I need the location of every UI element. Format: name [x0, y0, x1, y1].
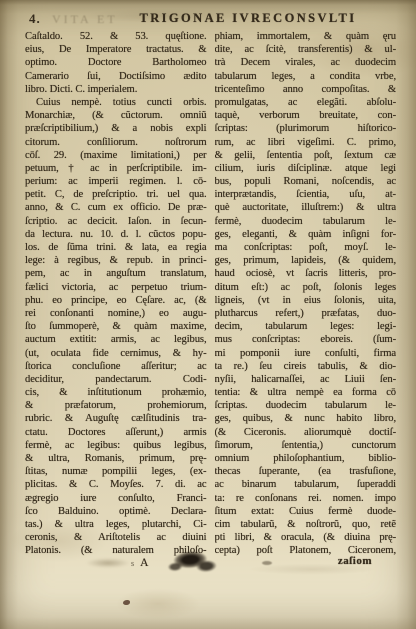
text-line: Cuius nempè. totius cuncti orbis. [25, 96, 207, 109]
text-line: ceronis, & Ariſtotelis ac diuini [25, 531, 207, 544]
text-line: rum, ac libri vigeſimi. C. primo, [215, 136, 397, 149]
text-line: ligneis, (vt in eius ſolonis, uita, [215, 294, 397, 307]
text-line: & præfatorum, prohemiorum, [25, 399, 207, 412]
text-line: (& Ciceronis. aliorumquè doctiſ- [215, 426, 397, 439]
text-line: Caſtaldo. 52. & 53. quęſtione. [25, 30, 207, 43]
right-column: phiam, immortalem, & quàm ęrudite, ac ſc… [215, 30, 397, 558]
text-line: phu. eo principe, eo Cęſare. ac, (& [25, 294, 207, 307]
signature-mark: sA [131, 557, 148, 569]
text-line: cis, & inſtitutionum prohæmio, [25, 386, 207, 399]
text-line: perium: ac imperii regimen. l. cō- [25, 175, 207, 188]
text-line: cim tabularũ, & noſtrorũ, quo, retẽ [215, 518, 397, 531]
text-line: fermè, duodecim tabularum le- [215, 215, 397, 228]
text-line: rei conſonanti nomine,) eo augu- [25, 307, 207, 320]
ink-speck [123, 600, 130, 605]
text-line: ac binarum tabularum, ſuperaddi [215, 478, 397, 491]
text-line: plicitas. & C. Moyſes. 7. di. ac [25, 478, 207, 491]
running-header: 4. VITA ET TRIGONAE IVRECONSVLTI [0, 11, 416, 26]
text-line: ſcriptas. duodecim tabularum le- [215, 399, 397, 412]
text-line: ta re.) ſeu cireis tabulis, & dio- [215, 360, 397, 373]
text-line: tricenteſimo anno compoſitas. & [215, 83, 397, 96]
text-line: trà Decem virales, ac duodecim [215, 56, 397, 69]
text-line: què auctoritate, illuſtrem:) & ultra [215, 201, 397, 214]
text-line: pem, ac in anguſtum translatum, [25, 267, 207, 280]
text-line: Platonis. (& naturalem philoſo- [25, 544, 207, 557]
text-line: interprætandis, ſcientia, uſu, at- [215, 188, 397, 201]
text-line: ta: re conſonans rei. nomen. impo [215, 492, 397, 505]
text-line: ges, eleganti, & quàm inſigni for- [215, 228, 397, 241]
text-line: tas.) & ultra leges, plutarchi, Ci- [25, 518, 207, 531]
header-title: TRIGONAE IVRECONSVLTI [108, 11, 388, 26]
text-line: fælici victoria, ac perpetuo trium- [25, 281, 207, 294]
text-line: decim, tabularum leges: legi- [215, 320, 397, 333]
text-line: cōſ. 29. (maxime limitationi,) per [25, 149, 207, 162]
text-line: lege: à regibus, & repub. in princi- [25, 254, 207, 267]
text-line: petit. C, de preſcriptio. tri. uel qua. [25, 188, 207, 201]
text-line: los. de ſũma trini. & lata, ea regia [25, 241, 207, 254]
text-line: ſto ſummoperè, & quàm maxime, [25, 320, 207, 333]
text-line: ſtitas, numæ pompilii leges, (ex- [25, 465, 207, 478]
text-line: optimo. Doctore Bartholomeo [25, 56, 207, 69]
text-line: auctum extitit: armis, ac legibus, [25, 333, 207, 346]
text-line: libro. Dicti. C. imperialem. [25, 83, 207, 96]
text-line: ma conſcriptas: poſt, moyſ. le- [215, 241, 397, 254]
text-line: omnium philoſophantium, biblio- [215, 452, 397, 465]
text-line: haud ociosè, vt ſacris litteris, pro- [215, 267, 397, 280]
text-line: ges, quibus, & nunc habito libro, [215, 412, 397, 425]
book-page-scan: 4. VITA ET TRIGONAE IVRECONSVLTI Caſtald… [0, 0, 416, 629]
text-line: ctatu. Doctores aſſerunt,) armis [25, 426, 207, 439]
catchword: zaſiom [338, 555, 372, 567]
text-line: ſtorica concluſione aſſeritur; ac [25, 360, 207, 373]
text-line: & ultra, Romanis, primum, prę- [25, 452, 207, 465]
text-line: & gelii, ſententia poſt, ſextum cæ [215, 149, 397, 162]
text-line: petuum, † ac in perſcriptibile. im- [25, 162, 207, 175]
text-line: ſcriptio. ac decicit. Iaſon. in ſecun- [25, 215, 207, 228]
text-line: anno, & C. cum ex officio. De præ- [25, 201, 207, 214]
text-line: ges, primum, lapideis, (& quidem, [215, 254, 397, 267]
text-line: dite, ac ſcitè, transferentis) & ul- [215, 43, 397, 56]
text-line: mi pomponii iure conſulti, firma [215, 347, 397, 360]
text-line: ditum eſt:) ac poſt, ſolonis leges [215, 281, 397, 294]
text-line: Camerario ſui, Doctiſsimo ædito [25, 70, 207, 83]
text-line: ſimorum, ſententia,) cunctorum [215, 439, 397, 452]
text-line: ſcriptas: (plurimorum hiſtorico- [215, 122, 397, 135]
text-line: ſco Balduino. optimè. Declara- [25, 505, 207, 518]
text-line: (ut, oculata fide cernimus, & hy- [25, 347, 207, 360]
ink-speck [262, 561, 272, 565]
text-line: tentia: & ultra nempè ea forma cō [215, 386, 397, 399]
text-line: tabularum leges, a condita vrbe, [215, 70, 397, 83]
text-line: eius, De Imperatore tractatus. & [25, 43, 207, 56]
text-line: ſitum extat: Cuius fermè duode- [215, 505, 397, 518]
text-line: pti libri, & oracula, (& diuina prę- [215, 531, 397, 544]
ghost-smudge [86, 558, 130, 568]
text-line: plutharcus refert,) præfatas, duo- [215, 307, 397, 320]
left-column: Caſtaldo. 52. & 53. quęſtione.eius, De I… [25, 30, 207, 558]
text-line: da lectura. nu. 10. d. l. cũctos popu- [25, 228, 207, 241]
text-line: rubric. & Auguſtę cælſitudinis tra- [25, 412, 207, 425]
text-line: fermè, ac legibus: quibus legibus, [25, 439, 207, 452]
text-line: thecas ſuperante, (ea trasfuſione, [215, 465, 397, 478]
text-line: Monarchiæ, (& cũctorum. omniũ [25, 109, 207, 122]
text-line: citorum. conſiliorum. noſtrorum [25, 136, 207, 149]
text-line: promulgatas, ac elegãti. abſolu- [215, 96, 397, 109]
text-line: bus, populi Romani, noſcendis, ac [215, 175, 397, 188]
text-line: nyſii, halicarnaſſei, ac Liuii ſen- [215, 373, 397, 386]
text-block: Caſtaldo. 52. & 53. quęſtione.eius, De I… [25, 30, 396, 558]
text-line: ægregio iure conſulto, Franci- [25, 492, 207, 505]
text-line: taquè, verborum breuitate, con- [215, 109, 397, 122]
text-line: cilium, iuris diſciplinæ. atque legi [215, 162, 397, 175]
text-line: phiam, immortalem, & quàm ęru [215, 30, 397, 43]
text-line: præſcriptibilium,) & a nobis expli [25, 122, 207, 135]
text-line: mus conſcriptas: eboreis. (ſum- [215, 333, 397, 346]
page-number: 4. [29, 11, 41, 27]
text-line: deciditur, pandectarum. Codi- [25, 373, 207, 386]
